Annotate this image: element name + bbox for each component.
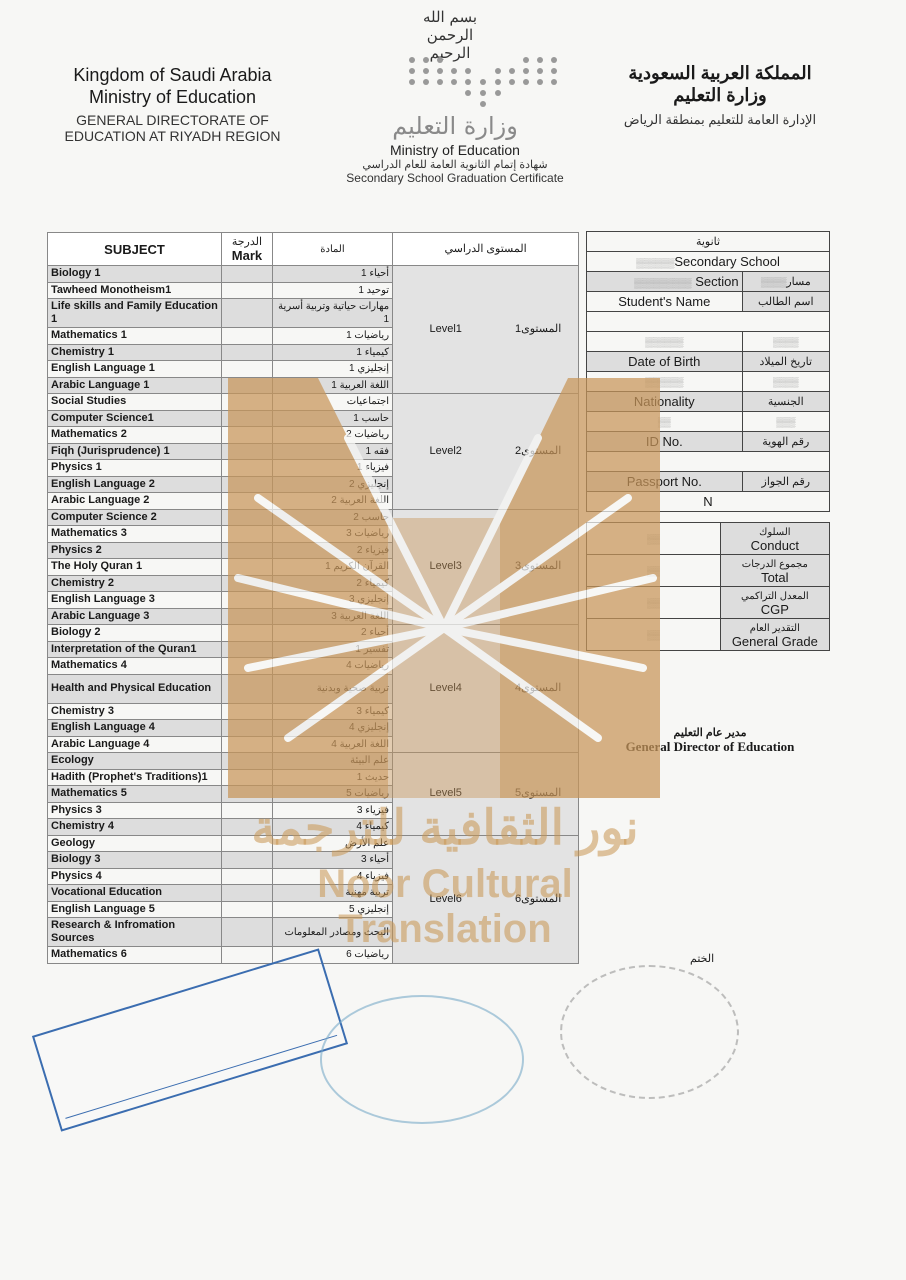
mark-cell: [222, 344, 273, 361]
subject-en: Vocational Education: [48, 885, 222, 902]
mark-cell: [222, 361, 273, 378]
mark-cell: [222, 559, 273, 576]
ministry-stamp-blue: [32, 948, 348, 1131]
level-ar: المستوى1: [498, 266, 578, 394]
subject-ar: رياضيات 4: [272, 658, 392, 675]
subject-ar: حديث 1: [272, 769, 392, 786]
subject-ar: أحياء 1: [272, 266, 392, 283]
student-name-value-ar: [587, 312, 830, 332]
result-label: التقدير العامGeneral Grade: [720, 619, 829, 651]
subject-en: Chemistry 4: [48, 819, 222, 836]
grades-body: Biology 1أحياء 1Level1المستوى1Tawheed Mo…: [48, 266, 579, 964]
result-row: ▒▒التقدير العامGeneral Grade: [587, 619, 830, 651]
result-value: ▒▒: [587, 619, 721, 651]
mark-cell: [222, 410, 273, 427]
mark-cell: [222, 460, 273, 477]
header-subject-ar: المادة: [272, 233, 392, 266]
certificate-title-ar: شهادة إتمام الثانوية العامة للعام الدراس…: [325, 158, 585, 171]
result-label-ar: السلوك: [724, 526, 826, 539]
subject-en: English Language 3: [48, 592, 222, 609]
passport-label-en: Passport No.: [587, 472, 743, 492]
header-level: المستوى الدراسي: [393, 233, 579, 266]
subject-en: Interpretation of the Quran1: [48, 641, 222, 658]
result-value: ▒▒: [587, 555, 721, 587]
subject-en: Mathematics 1: [48, 328, 222, 345]
passport-label-ar: رقم الجواز: [742, 472, 829, 492]
mark-cell: [222, 266, 273, 283]
subject-en: Mathematics 5: [48, 786, 222, 803]
mark-cell: [222, 299, 273, 328]
mark-cell: [222, 736, 273, 753]
subject-en: Chemistry 1: [48, 344, 222, 361]
id-label-ar: رقم الهوية: [742, 432, 829, 452]
section-ar-text: مسار: [786, 276, 810, 288]
subject-ar: رياضيات 3: [272, 526, 392, 543]
subject-ar: القرآن الكريم 1: [272, 559, 392, 576]
subject-en: Arabic Language 1: [48, 377, 222, 394]
mark-cell: [222, 328, 273, 345]
result-label-en: Total: [724, 571, 826, 584]
result-label-en: Conduct: [724, 539, 826, 552]
mark-cell: [222, 377, 273, 394]
header-arabic: المملكة العربية السعودية وزارة التعليم ا…: [600, 62, 840, 128]
result-label: مجموع الدرجاتTotal: [720, 555, 829, 587]
section-ar: مسار▒▒▒▒: [742, 272, 829, 292]
student-info-table: ثانوية ▒▒▒▒▒▒Secondary School ▒▒▒▒▒▒▒▒▒ …: [586, 231, 830, 512]
subject-ar: توحيد 1: [272, 282, 392, 299]
nationality-label-ar: الجنسية: [742, 392, 829, 412]
subject-ar: فيزياء 1: [272, 460, 392, 477]
subject-en: Fiqh (Jurisprudence) 1: [48, 443, 222, 460]
ministry-ar: وزارة التعليم: [600, 84, 840, 106]
grade-row: Social StudiesاجتماعياتLevel2المستوى2: [48, 394, 579, 411]
result-label-ar: التقدير العام: [724, 622, 826, 635]
country-ar: المملكة العربية السعودية: [600, 62, 840, 84]
directorate-en-2: EDUCATION AT RIYADH REGION: [40, 128, 305, 144]
dob-label-en: Date of Birth: [587, 352, 743, 372]
mark-cell: [222, 720, 273, 737]
subject-ar: إنجليزي 2: [272, 476, 392, 493]
mark-cell: [222, 608, 273, 625]
subject-en: Life skills and Family Education 1: [48, 299, 222, 328]
subject-en: Mathematics 2: [48, 427, 222, 444]
id-label-en: ID No.: [587, 432, 743, 452]
subject-ar: إنجليزي 1: [272, 361, 392, 378]
header-english: Kingdom of Saudi Arabia Ministry of Educ…: [40, 64, 305, 144]
subject-en: Physics 3: [48, 802, 222, 819]
mark-cell: [222, 509, 273, 526]
subject-ar: فيزياء 2: [272, 542, 392, 559]
subject-en: Arabic Language 2: [48, 493, 222, 510]
dob-value-ar: ▒▒▒▒: [742, 372, 829, 392]
subject-en: Arabic Language 4: [48, 736, 222, 753]
result-label-ar: مجموع الدرجات: [724, 558, 826, 571]
mark-cell: [222, 658, 273, 675]
result-row: ▒▒مجموع الدرجاتTotal: [587, 555, 830, 587]
school-type: ثانوية: [587, 232, 830, 252]
subject-ar: كيمياء 3: [272, 703, 392, 720]
mark-cell: [222, 625, 273, 642]
level-ar: المستوى2: [498, 394, 578, 510]
subject-en: Hadith (Prophet's Traditions)1: [48, 769, 222, 786]
director-ar: مدير عام التعليم: [600, 726, 820, 739]
school-name: ▒▒▒▒▒▒Secondary School: [587, 252, 830, 272]
mark-cell: [222, 674, 273, 703]
subject-en: English Language 2: [48, 476, 222, 493]
subject-ar: إنجليزي 4: [272, 720, 392, 737]
passport-value: N: [587, 492, 830, 512]
mark-cell: [222, 394, 273, 411]
subject-en: Biology 3: [48, 852, 222, 869]
mark-cell: [222, 542, 273, 559]
seal-label: الختم: [690, 952, 714, 965]
subject-ar: علم البيئة: [272, 753, 392, 770]
result-value: ▒▒: [587, 523, 721, 555]
director-en: General Director of Education: [600, 739, 820, 755]
ministry-logo: وزارة التعليم Ministry of Education شهاد…: [325, 112, 585, 185]
subject-en: Social Studies: [48, 394, 222, 411]
header-subject: SUBJECT: [48, 233, 222, 266]
certificate-title-en: Secondary School Graduation Certificate: [325, 171, 585, 185]
mark-cell: [222, 592, 273, 609]
directorate-ar: الإدارة العامة للتعليم بمنطقة الرياض: [600, 112, 840, 128]
grades-header-row: SUBJECT الدرجة Mark المادة المستوى الدرا…: [48, 233, 579, 266]
subject-en: Chemistry 2: [48, 575, 222, 592]
result-label: المعدل التراكميCGP: [720, 587, 829, 619]
school-name-text: Secondary School: [674, 254, 780, 269]
mark-cell: [222, 443, 273, 460]
subject-ar: إنجليزي 3: [272, 592, 392, 609]
header-mark: الدرجة Mark: [222, 233, 273, 266]
official-seal-round: [560, 965, 739, 1099]
result-label-en: General Grade: [724, 635, 826, 648]
subject-en: Ecology: [48, 753, 222, 770]
subject-en: English Language 1: [48, 361, 222, 378]
certificate-page: بسم الله الرحمن الرحيم Kingdom of Saudi …: [0, 0, 906, 1280]
subject-en: Physics 2: [48, 542, 222, 559]
level-en: Level2: [393, 394, 499, 510]
director-signature-block: مدير عام التعليم General Director of Edu…: [600, 726, 820, 755]
subject-en: Mathematics 6: [48, 947, 222, 964]
grade-row: Ecologyعلم البيئةLevel5المستوى5: [48, 753, 579, 770]
logo-arabic: وزارة التعليم: [325, 112, 585, 140]
subject-ar: اجتماعيات: [272, 394, 392, 411]
subject-en: Geology: [48, 835, 222, 852]
subject-ar: أحياء 2: [272, 625, 392, 642]
mark-cell: [222, 476, 273, 493]
result-label-en: CGP: [724, 603, 826, 616]
nationality-value-ar: ▒▒▒: [742, 412, 829, 432]
ministry-en: Ministry of Education: [40, 86, 305, 108]
mark-cell: [222, 427, 273, 444]
nationality-value-en: ▒▒: [587, 412, 743, 432]
official-seal-oval: [320, 995, 524, 1124]
dob-value-en: ▒▒▒▒▒▒: [587, 372, 743, 392]
header-mark-en: Mark: [225, 249, 269, 262]
subject-en: English Language 4: [48, 720, 222, 737]
subject-ar: فقه 1: [272, 443, 392, 460]
nationality-label-en: Nationality: [587, 392, 743, 412]
student-name-value-en: ▒▒▒▒▒▒: [587, 332, 743, 352]
mark-cell: [222, 526, 273, 543]
subject-ar: مهارات حياتية وتربية أسرية 1: [272, 299, 392, 328]
subject-ar: رياضيات 1: [272, 328, 392, 345]
level-en: Level4: [393, 625, 499, 753]
student-name-label-en: Student's Name: [587, 292, 743, 312]
mark-cell: [222, 753, 273, 770]
result-row: ▒▒المعدل التراكميCGP: [587, 587, 830, 619]
result-value: ▒▒: [587, 587, 721, 619]
level-en: Level1: [393, 266, 499, 394]
result-label: السلوكConduct: [720, 523, 829, 555]
subject-en: Computer Science1: [48, 410, 222, 427]
student-name-label-ar: اسم الطالب: [742, 292, 829, 312]
subject-ar: كيمياء 2: [272, 575, 392, 592]
subject-ar: رياضيات 2: [272, 427, 392, 444]
subject-en: Chemistry 3: [48, 703, 222, 720]
mark-cell: [222, 703, 273, 720]
subject-ar: اللغة العربية 2: [272, 493, 392, 510]
watermark-text-en: Noor Cultural Translation: [220, 862, 670, 952]
logo-english: Ministry of Education: [325, 142, 585, 158]
subject-en: Health and Physical Education: [48, 674, 222, 703]
subject-en: Mathematics 4: [48, 658, 222, 675]
section-text: Section: [695, 274, 738, 289]
mark-cell: [222, 769, 273, 786]
mark-cell: [222, 641, 273, 658]
subject-ar: اللغة العربية 4: [272, 736, 392, 753]
result-label-ar: المعدل التراكمي: [724, 590, 826, 603]
grade-row: Biology 1أحياء 1Level1المستوى1: [48, 266, 579, 283]
mark-cell: [222, 575, 273, 592]
id-value: [587, 452, 830, 472]
level-ar: المستوى4: [498, 625, 578, 753]
subject-en: Research & Infromation Sources: [48, 918, 222, 947]
subject-ar: اللغة العربية 1: [272, 377, 392, 394]
subject-ar: تفسير 1: [272, 641, 392, 658]
results-table: ▒▒السلوكConduct▒▒مجموع الدرجاتTotal▒▒الم…: [586, 522, 830, 651]
basmala: بسم الله الرحمن الرحيم: [420, 8, 480, 62]
subject-ar: حاسب 2: [272, 509, 392, 526]
subject-en: Physics 4: [48, 868, 222, 885]
country-en: Kingdom of Saudi Arabia: [40, 64, 305, 86]
dob-label-ar: تاريخ الميلاد: [742, 352, 829, 372]
student-name-value-ar2: ▒▒▒▒: [742, 332, 829, 352]
level-en: Level3: [393, 509, 499, 625]
subject-ar: تربية صحية وبدنية: [272, 674, 392, 703]
watermark-text-ar: نور الثقافية للترجمة: [225, 800, 665, 856]
subject-en: Physics 1: [48, 460, 222, 477]
ministry-logo-icon: [405, 55, 555, 105]
result-row: ▒▒السلوكConduct: [587, 523, 830, 555]
level-ar: المستوى3: [498, 509, 578, 625]
subject-en: Mathematics 3: [48, 526, 222, 543]
mark-cell: [222, 282, 273, 299]
grade-row: Computer Science 2حاسب 2Level3المستوى3: [48, 509, 579, 526]
subject-ar: اللغة العربية 3: [272, 608, 392, 625]
subject-en: Tawheed Monotheism1: [48, 282, 222, 299]
subject-en: Arabic Language 3: [48, 608, 222, 625]
grade-row: Biology 2أحياء 2Level4المستوى4: [48, 625, 579, 642]
subject-ar: كيمياء 1: [272, 344, 392, 361]
subject-en: Biology 2: [48, 625, 222, 642]
directorate-en-1: GENERAL DIRECTORATE OF: [40, 112, 305, 128]
subject-en: English Language 5: [48, 901, 222, 918]
section-en: ▒▒▒▒▒▒▒▒▒ Section: [587, 272, 743, 292]
subject-ar: حاسب 1: [272, 410, 392, 427]
subject-en: The Holy Quran 1: [48, 559, 222, 576]
mark-cell: [222, 493, 273, 510]
subject-en: Biology 1: [48, 266, 222, 283]
subject-en: Computer Science 2: [48, 509, 222, 526]
